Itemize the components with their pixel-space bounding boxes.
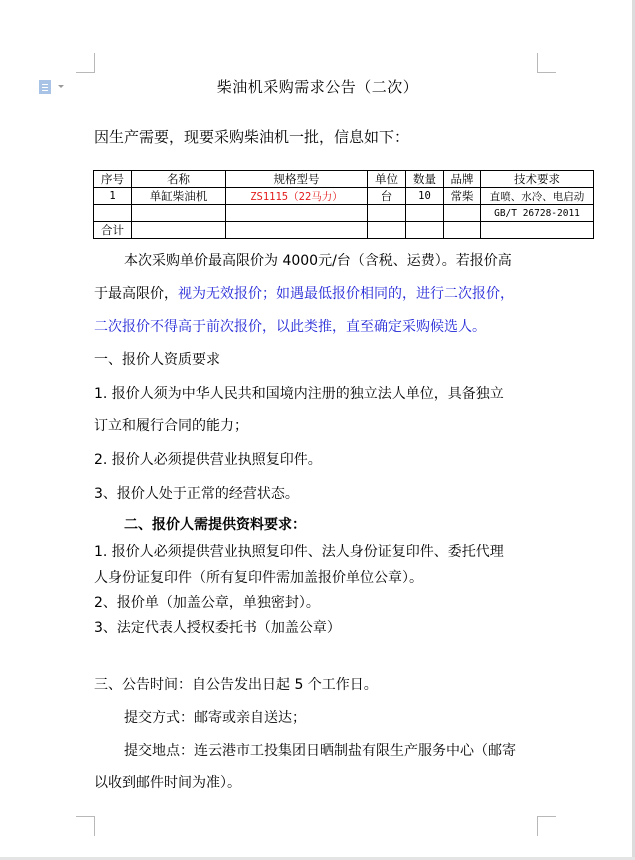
margin-corner-top-right [537, 53, 556, 73]
header-cell: 品牌 [444, 171, 481, 188]
header-cell: 数量 [406, 171, 444, 188]
table-cell: 直喷、水冷、电启动 [481, 188, 594, 205]
table-header-row: 序号 名称 规格型号 单位 数量 品牌 技术要求 [94, 171, 594, 188]
header-cell: 规格型号 [226, 171, 368, 188]
header-cell: 序号 [94, 171, 132, 188]
section1-item1-line1: 1. 报价人须为中华人民共和国境内注册的独立法人单位，具备独立 [94, 383, 504, 403]
table-cell [444, 205, 481, 222]
price-line-2: 于最高限价，视为无效报价；如遇最低报价相同的，进行二次报价， [94, 283, 514, 303]
table-cell [226, 222, 368, 239]
section2-item3: 3、法定代表人授权委托书（加盖公章） [94, 617, 341, 637]
section1-heading: 一、报价人资质要求 [94, 349, 220, 369]
price-line-2-blue: 视为无效报价；如遇最低报价相同的，进行二次报价， [178, 286, 514, 302]
table-cell [406, 205, 444, 222]
header-cell: 名称 [132, 171, 226, 188]
spec-table: 序号 名称 规格型号 单位 数量 品牌 技术要求 1 单缸柴油机 ZS1115（… [93, 170, 594, 239]
price-line-3: 二次报价不得高于前次报价，以此类推，直至确定采购候选人。 [94, 316, 486, 336]
table-cell: 10 [406, 188, 444, 205]
table-row: GB/T 26728-2011 [94, 205, 594, 222]
table-cell [406, 222, 444, 239]
table-cell [444, 222, 481, 239]
section3-heading: 三、公告时间：自公告发出日起 5 个工作日。 [94, 674, 378, 694]
header-cell: 单位 [368, 171, 406, 188]
section1-item2: 2. 报价人必须提供营业执照复印件。 [94, 449, 322, 469]
table-cell [132, 205, 226, 222]
section2-item1-line2: 人身份证复印件（所有复印件需加盖报价单位公章）。 [94, 567, 423, 587]
table-cell [481, 222, 594, 239]
section2-item1-line1: 1. 报价人必须提供营业执照复印件、法人身份证复印件、委托代理 [94, 541, 504, 561]
section1-item3: 3、报价人处于正常的经营状态。 [94, 483, 299, 503]
table-cell: 1 [94, 188, 132, 205]
table-row: 1 单缸柴油机 ZS1115（22马力） 台 10 常柴 直喷、水冷、电启动 [94, 188, 594, 205]
submission-location-line2: 以收到邮件时间为准）。 [94, 772, 241, 792]
table-row-total: 合计 [94, 222, 594, 239]
margin-corner-bottom-right [537, 816, 556, 836]
table-cell: 常柴 [444, 188, 481, 205]
margin-corner-bottom-left [76, 816, 95, 836]
margin-corner-top-left [76, 53, 95, 73]
table-cell: 台 [368, 188, 406, 205]
table-cell: GB/T 26728-2011 [481, 205, 594, 222]
table-cell [368, 205, 406, 222]
price-line-1: 本次采购单价最高限价为 4000元/台（含税、运费）。若报价高 [124, 250, 512, 270]
table-cell [94, 205, 132, 222]
submission-location-line1: 提交地点：连云港市工投集团日晒制盐有限生产服务中心（邮寄 [124, 740, 516, 760]
table-cell [132, 222, 226, 239]
section1-item1-line2: 订立和履行合同的能力； [94, 415, 248, 435]
table-cell-model: ZS1115（22马力） [226, 188, 368, 205]
table-cell [226, 205, 368, 222]
section2-heading: 二、报价人需提供资料要求： [124, 514, 306, 534]
price-line-2-black: 于最高限价， [94, 286, 178, 302]
table-cell: 合计 [94, 222, 132, 239]
header-cell: 技术要求 [481, 171, 594, 188]
intro-text: 因生产需要，现要采购柴油机一批，信息如下： [94, 126, 409, 147]
submission-method: 提交方式：邮寄或亲自送达； [124, 707, 306, 727]
table-cell [368, 222, 406, 239]
table-cell: 单缸柴油机 [132, 188, 226, 205]
section2-item2: 2、报价单（加盖公章，单独密封）。 [94, 592, 320, 612]
document-title: 柴油机采购需求公告（二次） [0, 76, 635, 97]
